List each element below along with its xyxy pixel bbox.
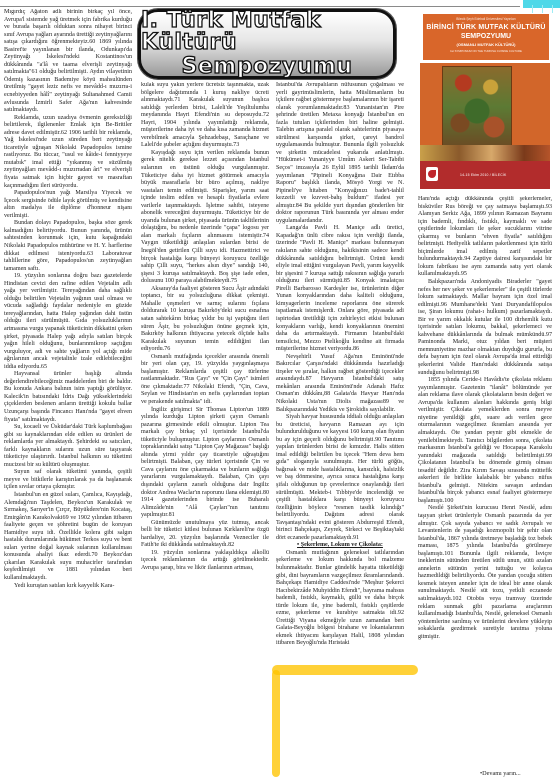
paragraph: Reklamda, uzun uzadıya övmenin gereksizl…: [4, 115, 132, 190]
publisher-logo-icon: [426, 167, 438, 181]
highlight-marker-horizontal: [272, 665, 418, 675]
book-title-line-1: BİRİNCİ TÜRK MUTFAK KÜLTÜRÜ: [423, 24, 549, 31]
top-rule: [0, 6, 520, 7]
paragraph: İngiliz girişimci Sir Thomas Lipton'un 1…: [141, 407, 269, 520]
article-column-4: Hanı'nda açtığı dükkânında çeşitli şeker…: [418, 196, 552, 781]
paragraph: Mıgırdıç Ağaton adlı birinin birkaç yıl …: [4, 9, 132, 115]
paragraph: İstanbul'da Avrupalıların nüfusunun çoğa…: [276, 82, 404, 225]
paragraph: Balıkpazarı'nda Andoniyadis Biraderler "…: [418, 279, 552, 377]
paragraph: Bundan dolayı Papadopulos, başka söze ge…: [4, 220, 132, 273]
book-title-line-2: SEMPOZYUMU: [423, 33, 549, 40]
paragraph: 1855 yılında Ceride-i Havâdis'te çikolat…: [418, 377, 552, 505]
paragraph: Su, kocaeli ve Üsküdar'daki Türk kaplumb…: [4, 424, 132, 469]
book-cover-title: Bilecik Şeyh Edebali Üniversitesi Yayınl…: [423, 14, 549, 60]
spices-strip: [420, 145, 550, 161]
paragraph: Hanı'nda açtığı dükkânında çeşitli şeker…: [418, 196, 552, 279]
paragraph: İstanbul'un en güzel suları, Çamlıca, Ka…: [4, 492, 132, 583]
paragraph: Nevşehirli Yusuf Ağa'nın Eminönü'nde Bak…: [276, 354, 404, 414]
paragraph: Suyun saf olarak tüketimi yanında, çeşit…: [4, 469, 132, 492]
paragraph: Langa'da Pavli H. Maniçe adlı üretici, K…: [276, 225, 404, 353]
paragraph: Aksaray'da faaliyet gösteren Sucu Âşir a…: [141, 286, 269, 354]
paragraph: 19. yüzyılın sonlarına doğru bazı gazete…: [4, 273, 132, 371]
article-column-2: kulak suyu yakın yerlere ücretsiz taşınm…: [141, 82, 269, 781]
headline-line-2: Sempozyumu: [182, 56, 353, 78]
article-column-3: İstanbul'da Avrupalıların nüfusunun çoğa…: [276, 82, 404, 781]
highlight-marker-vertical: [272, 670, 280, 777]
miniature-painting: [442, 66, 512, 148]
paragraph: Nestlé Şirketi'nin kurucusu Henri Nestlé…: [418, 505, 552, 641]
headline-banner: I. Türk Mutfak Kültürü Sempozyumu: [138, 9, 396, 79]
continued-label: •Devamı yarın...: [480, 770, 521, 777]
paragraph: kulak suyu yakın yerlere ücretsiz taşınm…: [141, 82, 269, 150]
book-title-line-4: 1st SYMPOSIUM ON THE TURKISH CUISINE CUL…: [423, 49, 549, 53]
paragraph: Osmanlı mutfağının geleneksel tatlıların…: [276, 550, 404, 648]
paragraph: 19. yüzyılın sonlarına yaklaşıldıkça alk…: [141, 550, 269, 573]
paragraph: Siyah havyar hususunda iddialı olduğu an…: [276, 414, 404, 542]
book-cover-image: 14-15 Ekim 2010 / BİLECİK: [420, 63, 550, 189]
section-subheading: • Şekerleme, Lokum ve Çikolata:: [276, 542, 404, 550]
paragraph: Kayışdağı suyu için verilen reklamda bun…: [141, 150, 269, 286]
paragraph: Günümüzde unutulmaya yüz tutmuş, ancak b…: [141, 520, 269, 550]
headline-line-1: I. Türk Mutfak Kültürü: [141, 10, 393, 54]
book-date: 14-15 Ekim 2010 / BİLECİK: [460, 173, 506, 177]
paragraph: Osmanlı mutfağında içecekler arasında ön…: [141, 354, 269, 407]
book-publisher: Bilecik Şeyh Edebali Üniversitesi Yayınl…: [423, 17, 549, 21]
article-column-1: Mıgırdıç Ağaton adlı birinin birkaç yıl …: [4, 9, 132, 781]
paragraph: Hayvansal ürünler başlığı altında değerl…: [4, 371, 132, 424]
paragraph: Papadopulos'nun yağı Marsilya Yiyecek ve…: [4, 190, 132, 220]
page-tab-marker: [523, 0, 560, 8]
book-title-line-3: (OSMANLI MUTFAK KÜLTÜRÜ): [423, 42, 549, 47]
paragraph: Yedi kuruştan satılan kırk kayyelik Kara…: [4, 583, 132, 591]
